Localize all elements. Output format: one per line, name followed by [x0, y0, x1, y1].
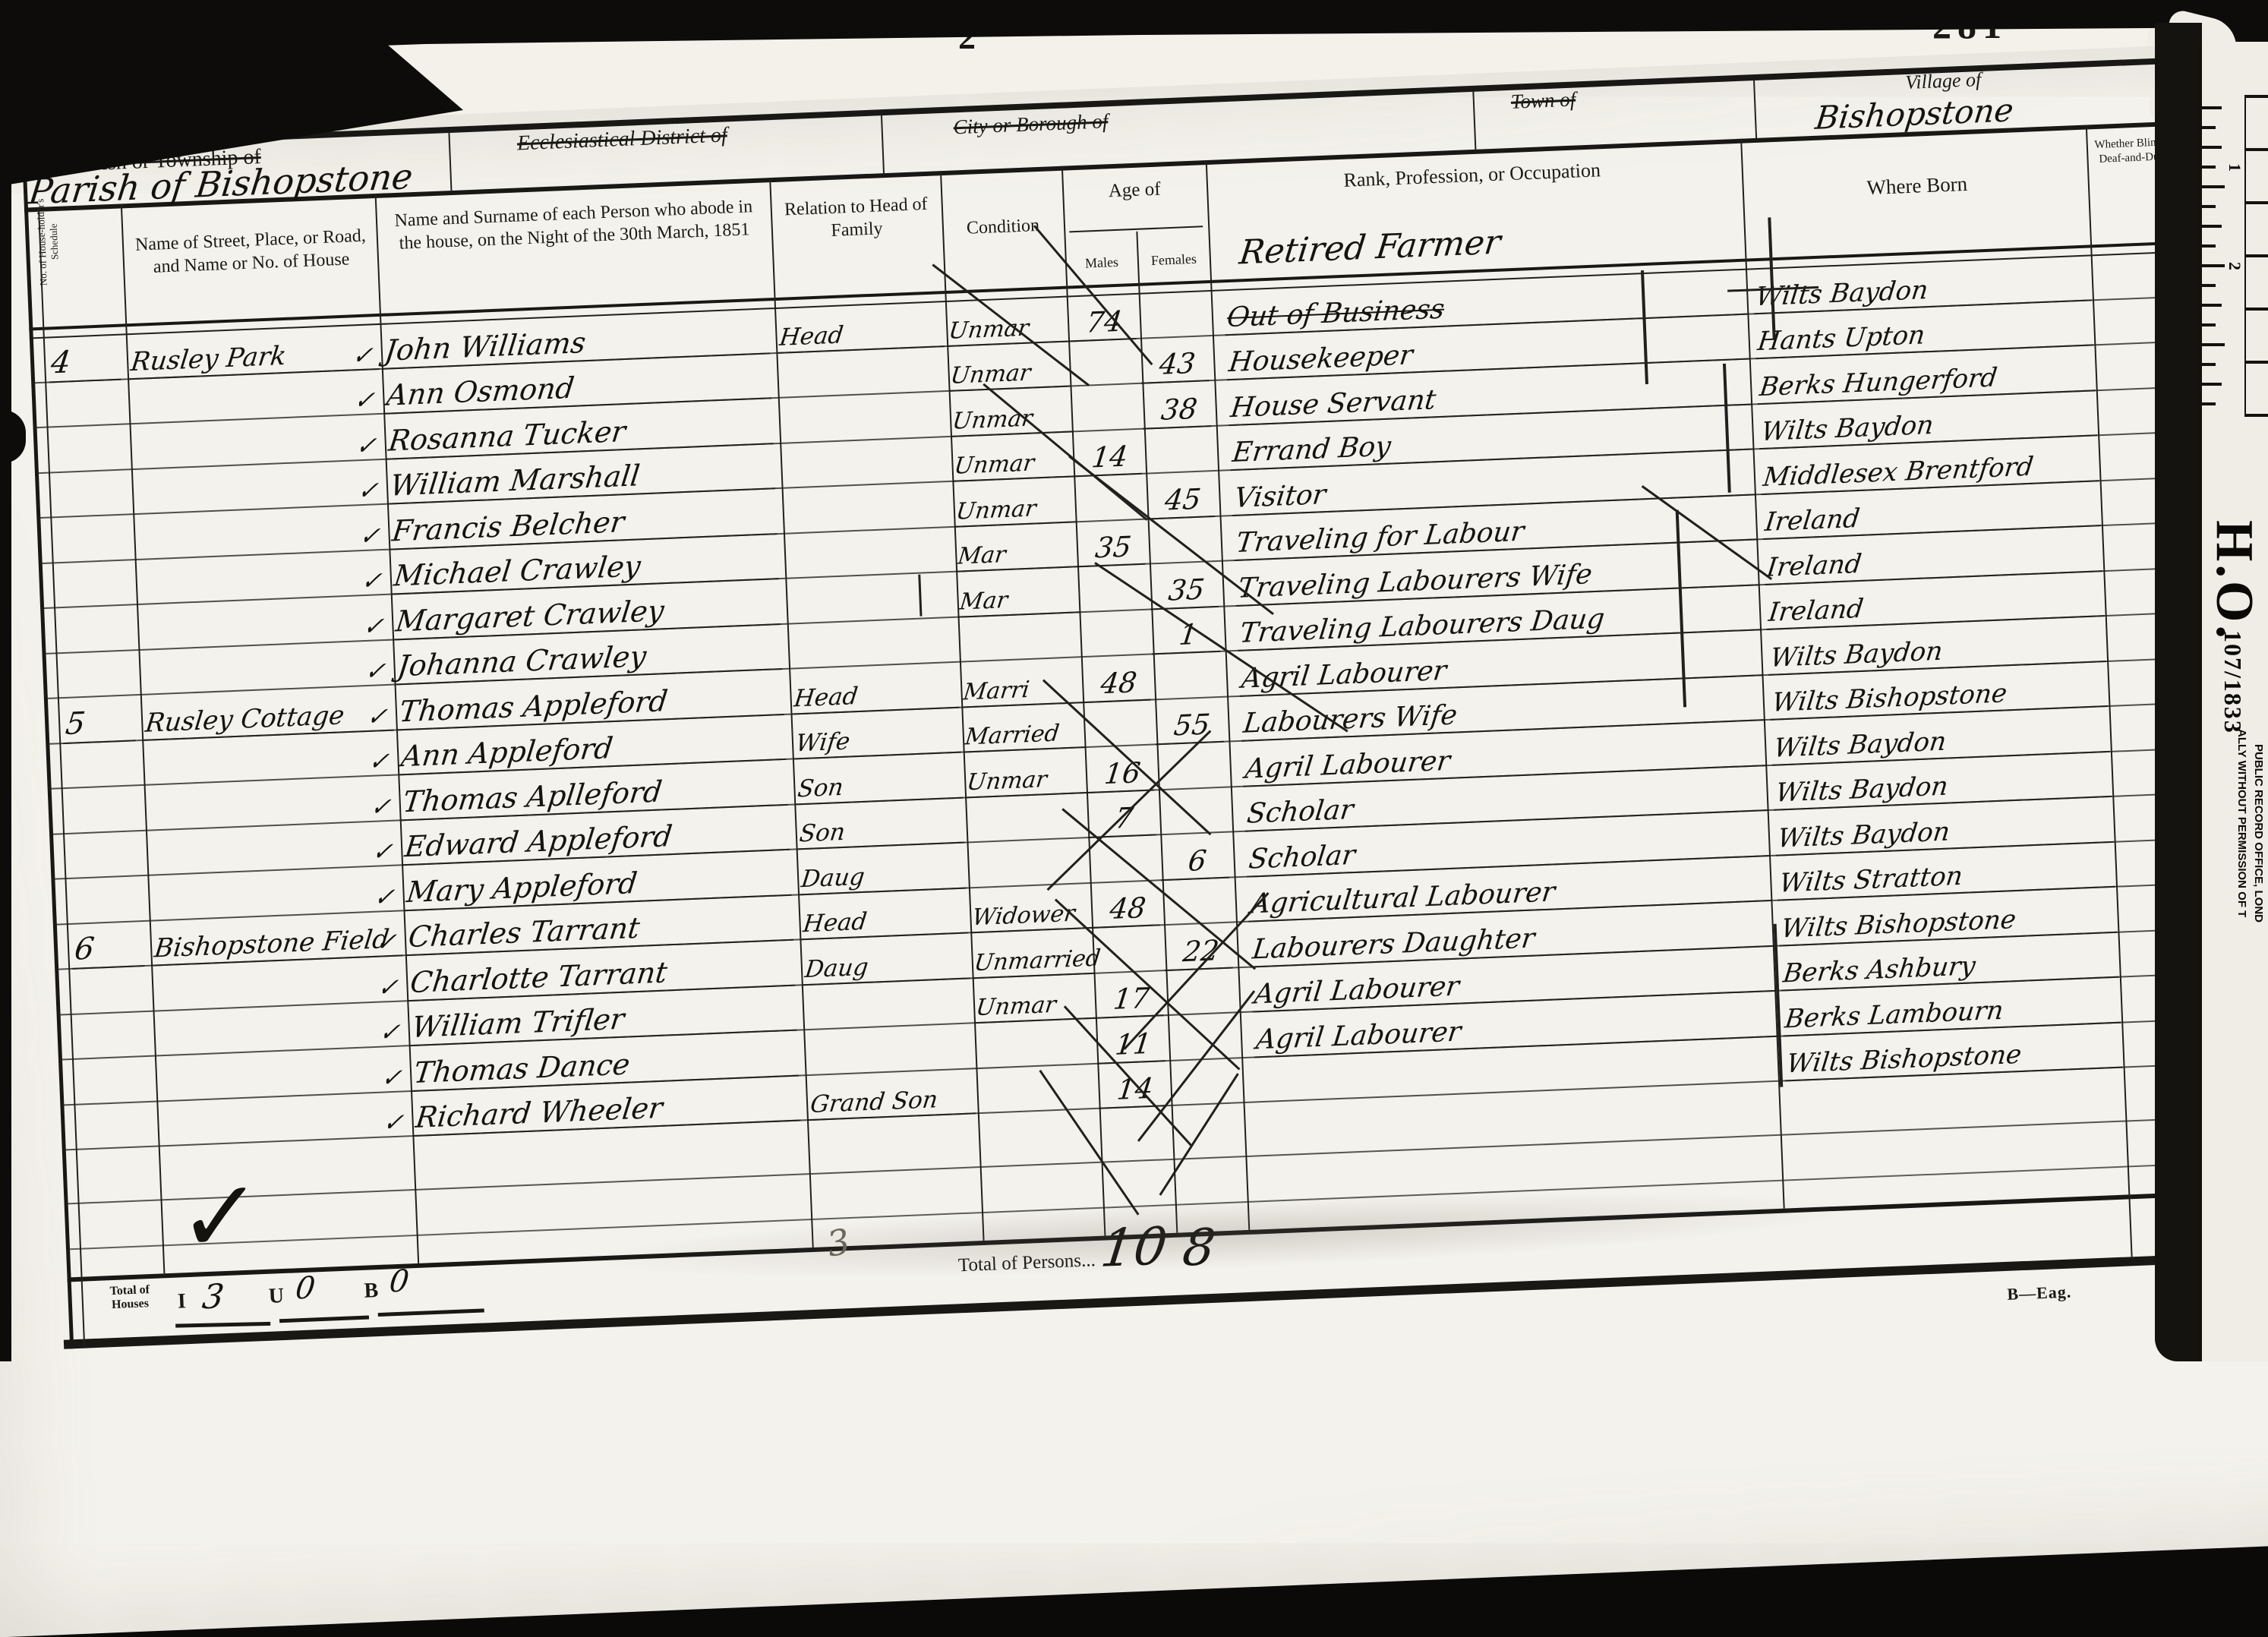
ruler-tick: [2202, 402, 2216, 405]
scan-left-edge: [0, 171, 11, 1361]
ruler-tick: [2202, 185, 2225, 188]
check-icon: ✓: [365, 701, 399, 732]
card-grid-rule: [2244, 201, 2268, 204]
titleband-divider: [1753, 79, 1757, 140]
cell-age-male: 14: [1074, 440, 1146, 478]
check-icon: ✓: [351, 339, 385, 371]
cell-age-female: 45: [1147, 481, 1219, 519]
ruler-tick: [2202, 343, 2225, 346]
cell-address: [162, 1134, 412, 1147]
ruler-tick: [2202, 284, 2216, 287]
houses-inhabited-key: I: [177, 1289, 186, 1314]
cell-where-born: Wilts Bishopstone: [1785, 1035, 2127, 1081]
cell-age-male: 11: [1097, 1026, 1169, 1064]
header-street: Name of Street, Place, or Road, and Name…: [129, 224, 372, 279]
check-icon: ✓: [358, 520, 392, 551]
cell-age-female: 35: [1150, 572, 1222, 610]
total-of-houses-label: Total of Houses: [93, 1282, 166, 1314]
header-relation: Relation to Head of Family: [774, 192, 938, 244]
ruler-tick: [2202, 383, 2222, 386]
ruler-number-1: 1: [2225, 163, 2244, 172]
scan-right-gutter: [2155, 23, 2202, 1361]
cell-age-female: 38: [1143, 391, 1215, 429]
titleband-divider: [881, 114, 885, 175]
cell-age-male: 35: [1077, 529, 1149, 567]
check-icon: ✓: [381, 1107, 415, 1138]
city-borough-label: City or Borough of: [953, 109, 1109, 139]
cell-occupation: [1258, 1080, 1782, 1103]
header-females: Females: [1138, 250, 1209, 270]
ruler-tick: [2202, 264, 2225, 267]
houses-underline: [279, 1316, 369, 1323]
check-icon: ✓: [376, 972, 410, 1003]
houses-uninhabited-key: U: [268, 1284, 285, 1309]
check-icon: ✓: [371, 836, 405, 867]
check-icon: ✓: [374, 926, 408, 957]
check-icon: ✓: [352, 385, 386, 416]
occupation-retired-farmer: Retired Farmer: [1238, 222, 1503, 272]
cell-schedule-number: 6: [72, 929, 149, 970]
ruler-tick: [2202, 126, 2216, 129]
houses-uninhabited-value: 0: [294, 1270, 317, 1306]
ruler-tick: [2202, 244, 2216, 248]
cell-age-female: 1: [1152, 617, 1224, 655]
archive-stamp-line2: PUBLIC RECORD OFFICE, LOND: [2252, 744, 2265, 923]
header-males: Males: [1068, 253, 1137, 273]
check-icon: ✓: [367, 746, 401, 777]
header-rank-profession: Rank, Profession, or Occupation: [1293, 156, 1651, 195]
card-grid-rule: [2244, 254, 2268, 257]
archive-margin-card: 1 2 H.O. 107/1833 ALLY WITHOUT PERMISSIO…: [2199, 42, 2268, 1361]
card-grid-rule: [2244, 414, 2268, 417]
houses-underline: [175, 1322, 270, 1328]
cell-age-female: [1172, 1101, 1241, 1106]
header-schedule-number: No. of House-holder's Schedule: [33, 181, 63, 303]
card-grid-rule: [2244, 361, 2268, 364]
cell-person-name: Richard Wheeler: [414, 1085, 805, 1137]
titleband-divider: [1472, 90, 1476, 151]
check-icon: ✓: [355, 430, 389, 461]
ruler-tick: [2202, 146, 2222, 149]
cell-schedule-number: [83, 1145, 155, 1150]
cell-age-male: 48: [1083, 665, 1155, 703]
check-icon: ✓: [364, 655, 398, 686]
check-icon: ✓: [378, 1017, 412, 1048]
check-icon: ✓: [380, 1061, 414, 1093]
cell-age-male: 48: [1092, 891, 1164, 929]
cell-age-female: 43: [1141, 346, 1213, 384]
check-icon: ✓: [372, 882, 406, 913]
card-grid-rule: [2244, 148, 2268, 151]
cell-condition: [980, 1107, 1102, 1114]
cell-schedule-number: 4: [49, 342, 125, 383]
check-icon: ✓: [369, 791, 403, 822]
census-scan-page: 2 281 Parish or Township of Parish of Bi…: [0, 0, 2268, 1361]
ruler-tick: [2202, 106, 2222, 109]
cell-schedule-number: 5: [63, 704, 140, 744]
houses-building-value: 0: [387, 1263, 411, 1299]
houses-inhabited-value: 3: [200, 1277, 226, 1317]
cell-age-male: 14: [1099, 1071, 1171, 1109]
ruler-tick: [2202, 205, 2216, 208]
archive-stamp-line1: ALLY WITHOUT PERMISSION OF T: [2235, 729, 2248, 917]
ruler-tick: [2202, 363, 2216, 366]
cell-age-female: 55: [1156, 707, 1228, 745]
header-where-born: Where Born: [1749, 167, 2084, 206]
town-label: Town of: [1510, 87, 1576, 113]
cell-age-female: 6: [1161, 843, 1233, 881]
card-grid-rule: [2244, 308, 2268, 311]
titleband-divider: [448, 131, 452, 192]
header-age-of: Age of: [1065, 175, 1205, 205]
check-icon: ✓: [360, 565, 394, 596]
cell-age-male: 7: [1088, 800, 1160, 838]
archive-series-label: H.O.: [2203, 520, 2264, 642]
houses-underline: [378, 1308, 484, 1317]
ruler-tick: [2202, 323, 2216, 326]
enumerator-check-mark: ✓: [177, 1157, 263, 1276]
card-grid-rule: [2244, 95, 2268, 98]
ruler-tick: [2202, 225, 2222, 228]
bottom-right-mark: B—Eag.: [2007, 1282, 2072, 1304]
ruler-tick: [2202, 166, 2216, 169]
header-person-name: Name and Surname of each Person who abod…: [381, 194, 766, 255]
houses-building-key: B: [364, 1279, 379, 1304]
ruler-number-2: 2: [2225, 262, 2244, 270]
cell-relation: Grand Son: [809, 1084, 979, 1121]
census-sheet: Parish or Township of Parish of Bishopst…: [0, 37, 2268, 1361]
ruler-tick: [2202, 304, 2222, 307]
archive-piece-reference: 107/1833: [2219, 630, 2247, 734]
check-icon: ✓: [361, 610, 396, 642]
check-icon: ✓: [356, 475, 390, 506]
